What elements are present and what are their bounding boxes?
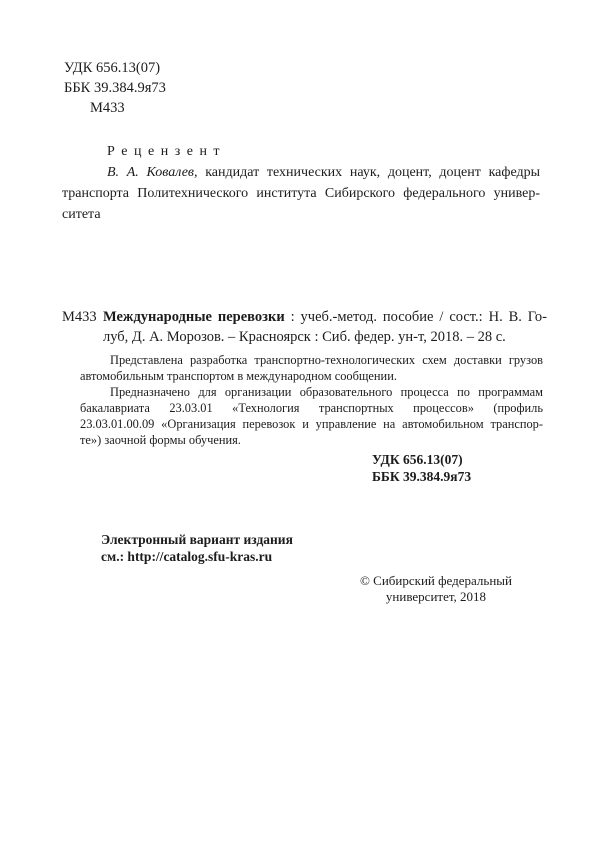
top-codes-block: УДК 656.13(07) ББК 39.384.9я73 М433 (64, 58, 166, 118)
bib-line-1: Международные перевозки : учеб.-метод. п… (103, 307, 547, 327)
electronic-edition-note: Электронный вариант издания см.: http://… (101, 531, 293, 565)
catalog-code: М433 (62, 307, 97, 327)
copyright-line-1: © Сибирский федеральный (360, 573, 512, 589)
udc-number: УДК 656.13(07) (64, 58, 166, 78)
bib-description: : учеб.-метод. пособие / сост.: Н. В. Го… (291, 309, 547, 325)
bbk-number-bold: ББК 39.384.9я73 (372, 469, 471, 486)
electronic-note-line-1: Электронный вариант издания (101, 531, 293, 548)
annotation-block: Представлена разработка транспортно-техн… (80, 352, 543, 448)
codes-right-block: УДК 656.13(07) ББК 39.384.9я73 (372, 452, 471, 485)
bibliographic-entry: Международные перевозки : учеб.-метод. п… (103, 307, 547, 347)
electronic-note-url: см.: http://catalog.sfu-kras.ru (101, 548, 293, 565)
reviewer-name: В. А. Ковалев, (107, 165, 198, 180)
reviewer-line-3: ситета (62, 204, 540, 225)
reviewer-credentials: кандидат технических наук, доцент, доцен… (205, 165, 540, 180)
book-title: Международные перевозки (103, 309, 285, 325)
annotation-p2-line-1: Предназначено для организации образовате… (80, 384, 543, 400)
imprint-page: УДК 656.13(07) ББК 39.384.9я73 М433 Р е … (0, 0, 600, 849)
udc-number-bold: УДК 656.13(07) (372, 452, 471, 469)
book-code: М433 (64, 98, 166, 118)
reviewer-heading: Р е ц е н з е н т (62, 141, 540, 162)
bbk-number: ББК 39.384.9я73 (64, 78, 166, 98)
annotation-p1-line-1: Представлена разработка транспортно-техн… (80, 352, 543, 368)
copyright-line-2: университет, 2018 (360, 589, 512, 605)
bib-line-2: луб, Д. А. Морозов. – Красноярск : Сиб. … (103, 327, 547, 347)
reviewer-line-2: транспорта Политехнического института Си… (62, 183, 540, 204)
copyright-block: © Сибирский федеральный университет, 201… (360, 573, 512, 605)
annotation-p2-line-3: 23.03.01.00.09 «Организация перевозок и … (80, 416, 543, 432)
annotation-p2-line-4: те») заочной формы обучения. (80, 432, 543, 448)
annotation-p1-line-2: автомобильным транспортом в международно… (80, 368, 543, 384)
reviewer-block: Р е ц е н з е н т В. А. Ковалев, кандида… (62, 141, 540, 225)
reviewer-line-1: В. А. Ковалев, кандидат технических наук… (62, 162, 540, 183)
annotation-p2-line-2: бакалавриата 23.03.01 «Технология трансп… (80, 400, 543, 416)
